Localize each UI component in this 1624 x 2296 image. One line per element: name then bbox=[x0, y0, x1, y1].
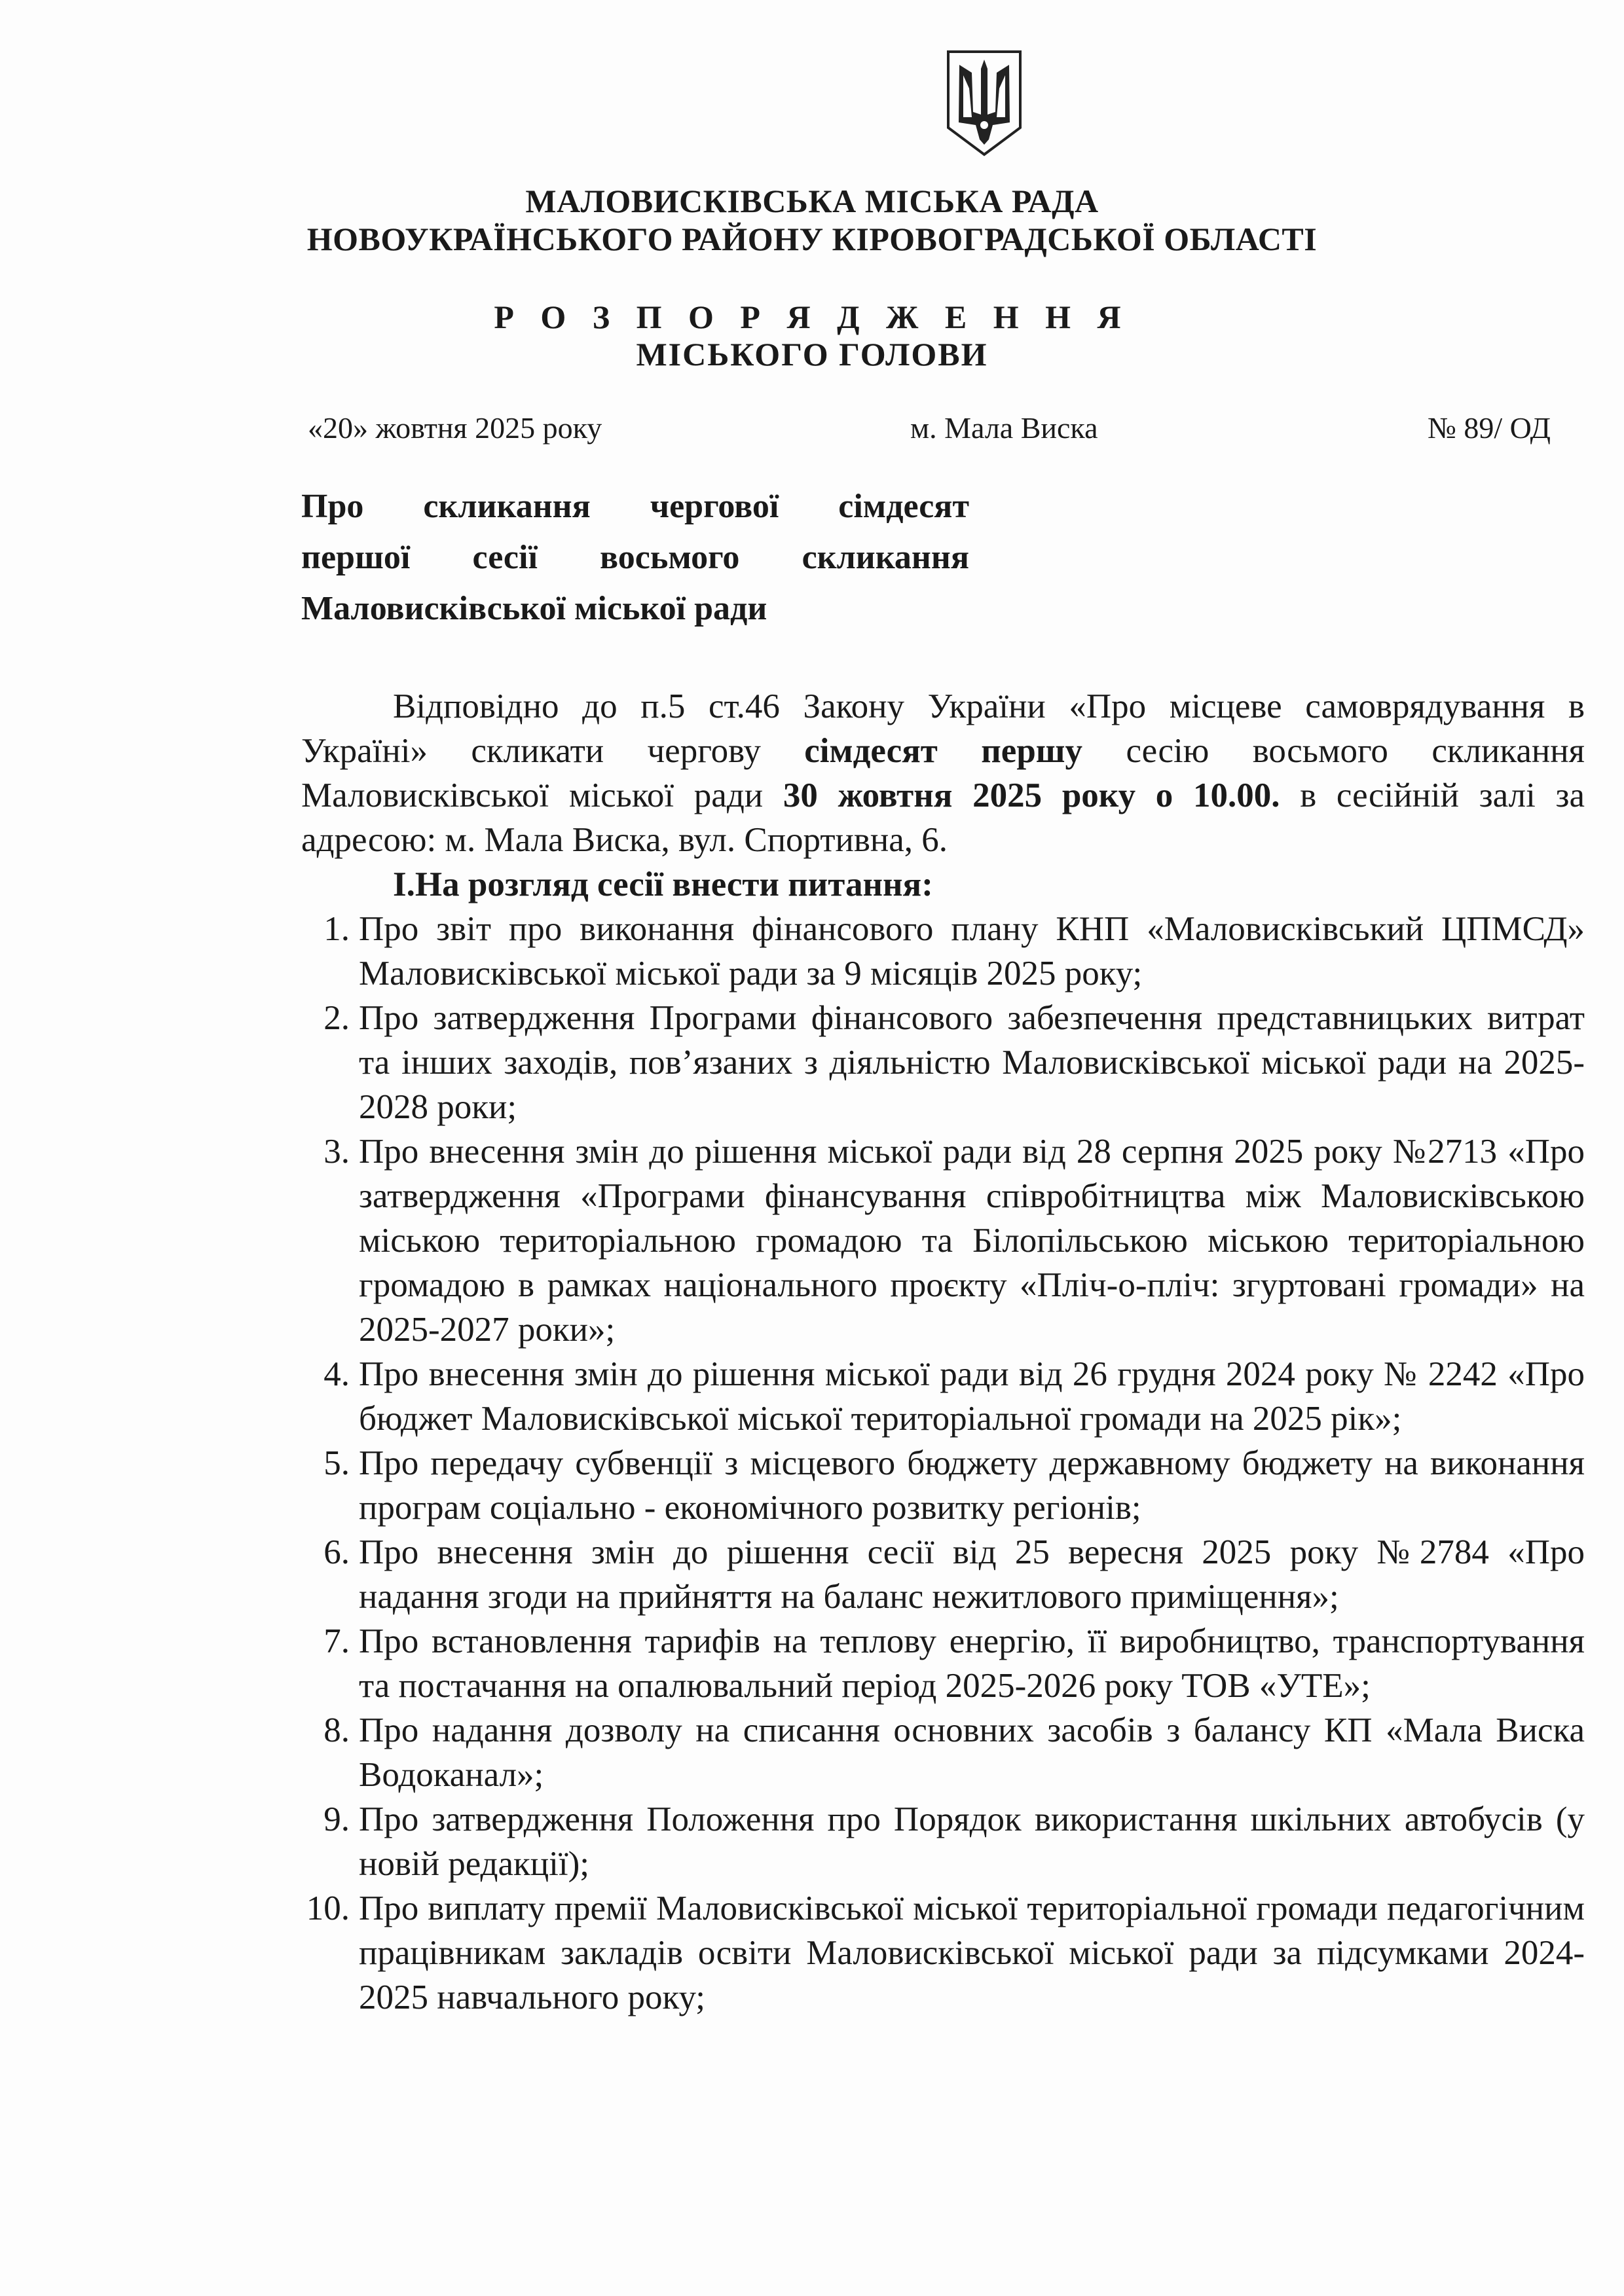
subject-line: Про скликання чергової сімдесят bbox=[301, 481, 969, 532]
agenda-item: 7.Про встановлення тарифів на теплову ен… bbox=[301, 1619, 1585, 1708]
council-name: МАЛОВИСКІВСЬКА МІСЬКА РАДА bbox=[0, 182, 1624, 220]
agenda-item: 1.Про звіт про виконання фінансового пла… bbox=[301, 907, 1585, 996]
document-place: м. Мала Виска bbox=[910, 410, 1098, 445]
subject-line: Маловисківської міської ради bbox=[301, 583, 969, 634]
section-heading: І.На розгляд сесії внести питання: bbox=[301, 862, 1585, 907]
document-number: № 89/ ОД bbox=[1428, 410, 1551, 445]
preamble-paragraph: Відповідно до п.5 ст.46 Закону України «… bbox=[301, 684, 1585, 862]
session-datetime: 30 жовтня 2025 року о 10.00. bbox=[783, 776, 1280, 814]
agenda-item: 5.Про передачу субвенції з місцевого бюд… bbox=[301, 1441, 1585, 1530]
session-number: сімдесят першу bbox=[804, 732, 1082, 770]
agenda-item: 6.Про внесення змін до рішення сесії від… bbox=[301, 1530, 1585, 1619]
trident-emblem-icon bbox=[946, 49, 1023, 157]
document-date: «20» жовтня 2025 року bbox=[308, 410, 602, 445]
document-issuer: МІСЬКОГО ГОЛОВИ bbox=[0, 335, 1624, 373]
document-type: Р О З П О Р Я Д Ж Е Н Н Я bbox=[0, 298, 1624, 336]
document-body: Відповідно до п.5 ст.46 Закону України «… bbox=[301, 684, 1585, 2020]
agenda-item: 3.Про внесення змін до рішення міської р… bbox=[301, 1129, 1585, 1352]
agenda-item: 2.Про затвердження Програми фінансового … bbox=[301, 996, 1585, 1129]
agenda-item: 8.Про надання дозволу на списання основн… bbox=[301, 1708, 1585, 1797]
subject-line: першої сесії восьмого скликання bbox=[301, 532, 969, 583]
agenda-item: 10.Про виплату премії Маловисківської мі… bbox=[301, 1886, 1585, 2020]
agenda-item: 9.Про затвердження Положення про Порядок… bbox=[301, 1797, 1585, 1886]
council-region: НОВОУКРАЇНСЬКОГО РАЙОНУ КІРОВОГРАДСЬКОЇ … bbox=[0, 220, 1624, 258]
agenda-list: 1.Про звіт про виконання фінансового пла… bbox=[301, 907, 1585, 2020]
document-subject: Про скликання чергової сімдесят першої с… bbox=[301, 481, 969, 634]
agenda-item: 4.Про внесення змін до рішення міської р… bbox=[301, 1352, 1585, 1441]
document-page: МАЛОВИСКІВСЬКА МІСЬКА РАДА НОВОУКРАЇНСЬК… bbox=[0, 0, 1624, 2296]
